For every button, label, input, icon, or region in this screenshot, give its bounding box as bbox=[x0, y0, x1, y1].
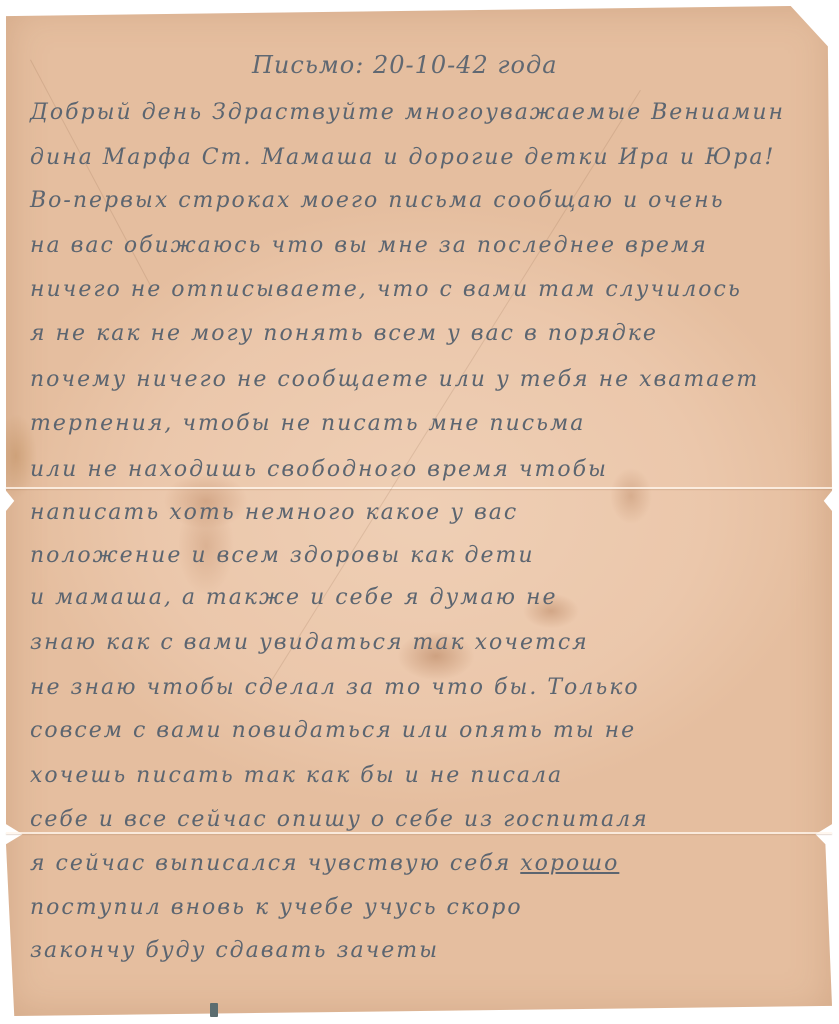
letter-line: хочешь писать так как бы и не писала bbox=[30, 763, 563, 788]
letter-line: положение и всем здоровы как дети bbox=[30, 543, 535, 568]
letter-line: себе и все сейчас опишу о себе из госпит… bbox=[30, 807, 649, 832]
letter-line: почему ничего не сообщаете или у тебя не… bbox=[30, 367, 759, 392]
letter-line: совсем с вами повидаться или опять ты не bbox=[30, 718, 636, 743]
letter-line: терпения, чтобы не писать мне письма bbox=[30, 411, 585, 436]
letter-line: или не находишь свободного время чтобы bbox=[30, 457, 608, 482]
letter-line: я не как не могу понять всем у вас в пор… bbox=[30, 321, 658, 346]
fold-crease-horizontal bbox=[6, 487, 832, 489]
letter-line: дина Марфа Ст. Мамаша и дорогие детки Ир… bbox=[30, 145, 775, 170]
letter-line: и мамаша, а также и себе я думаю не bbox=[30, 585, 558, 610]
letter-line: закончу буду сдавать зачеты bbox=[30, 938, 439, 963]
letter-heading: Письмо: 20-10-42 года bbox=[252, 51, 558, 79]
letter-line: поступил вновь к учебе учусь скоро bbox=[30, 895, 523, 920]
paper-tear-mark bbox=[210, 1003, 218, 1017]
letter-line: Во-первых строках моего письма сообщаю и… bbox=[30, 188, 725, 213]
letter-line: ничего не отписываете, что с вами там сл… bbox=[30, 277, 742, 302]
letter-line: Добрый день Здраствуйте многоуважаемые В… bbox=[30, 100, 785, 125]
letter-line: на вас обижаюсь что вы мне за последнее … bbox=[30, 233, 708, 258]
fold-crease-horizontal bbox=[6, 832, 832, 834]
letter-line: написать хоть немного какое у вас bbox=[30, 500, 518, 525]
underlined-word: хорошо bbox=[520, 851, 619, 876]
letter-line: не знаю чтобы сделал за то что бы. Тольк… bbox=[30, 675, 640, 700]
letter-line: я сейчас выписался чувствую себя хорошо bbox=[30, 851, 619, 876]
letter-line: знаю как с вами увидаться так хочется bbox=[30, 630, 589, 655]
